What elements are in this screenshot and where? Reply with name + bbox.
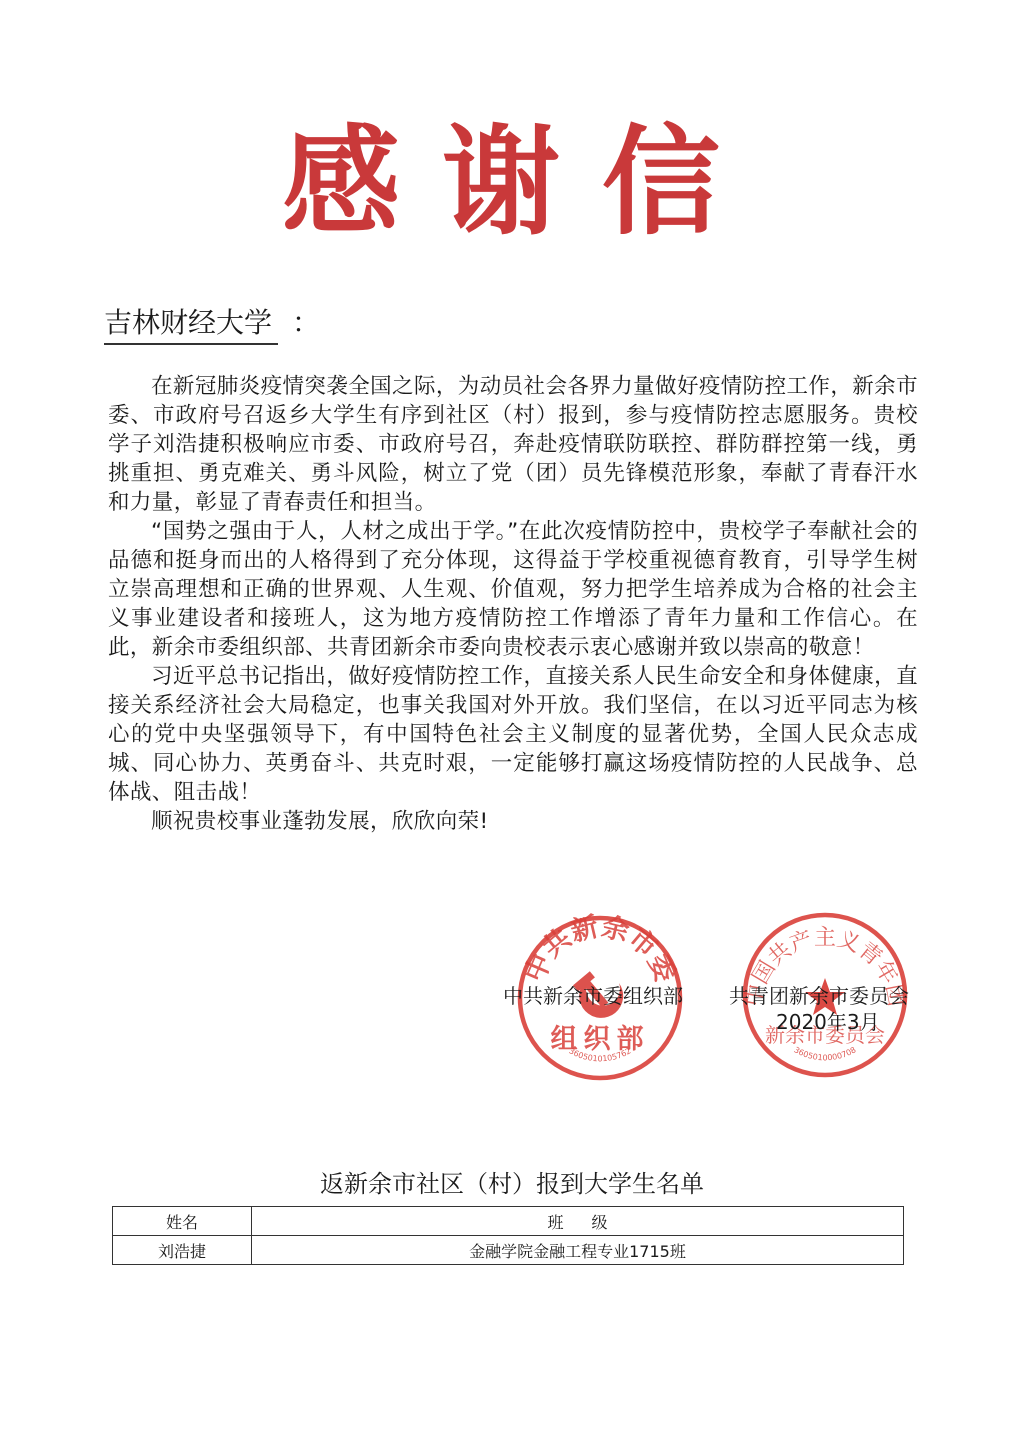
paragraph: 顺祝贵校事业蓬勃发展，欣欣向荣! [108,807,918,836]
table-row: 刘浩捷 金融学院金融工程专业1715班 [113,1236,904,1265]
paragraph: “国势之强由于人，人材之成出于学。”在此次疫情防控中，贵校学子奉献社会的品德和挺… [108,517,918,662]
paragraph: 习近平总书记指出，做好疫情防控工作，直接关系人民生命安全和身体健康，直接关系经济… [108,662,918,807]
addressee-name: 吉林财经大学 [104,303,278,345]
paragraph: 在新冠肺炎疫情突袭全国之际，为动员社会各界力量做好疫情防控工作，新余市委、市政府… [108,372,918,517]
cell-student-name: 刘浩捷 [113,1236,252,1265]
roster-table: 姓名 班级 刘浩捷 金融学院金融工程专业1715班 [112,1206,904,1265]
letter-title: 感谢信 [0,112,1024,252]
signature-org-1: 中共新余市委组织部 [503,980,683,1009]
signature-date: 2020年3月 [776,1006,880,1035]
letter-body: 在新冠肺炎疫情突袭全国之际，为动员社会各界力量做好疫情防控工作，新余市委、市政府… [108,372,918,836]
signature-org-2: 共青团新余市委员会 [729,980,909,1009]
svg-text:3605010000708: 3605010000708 [792,1045,857,1062]
addressee: 吉林财经大学： [104,303,320,345]
header-name: 姓名 [113,1207,252,1236]
addressee-colon: ： [292,306,320,339]
roster-title: 返新余市社区（村）报到大学生名单 [0,1168,1024,1200]
svg-text:中共新余市委: 中共新余市委 [519,913,680,987]
svg-text:组织部: 组织部 [551,1024,650,1055]
header-class: 班级 [252,1207,904,1236]
table-header-row: 姓名 班级 [113,1207,904,1236]
cell-student-class: 金融学院金融工程专业1715班 [252,1236,904,1265]
